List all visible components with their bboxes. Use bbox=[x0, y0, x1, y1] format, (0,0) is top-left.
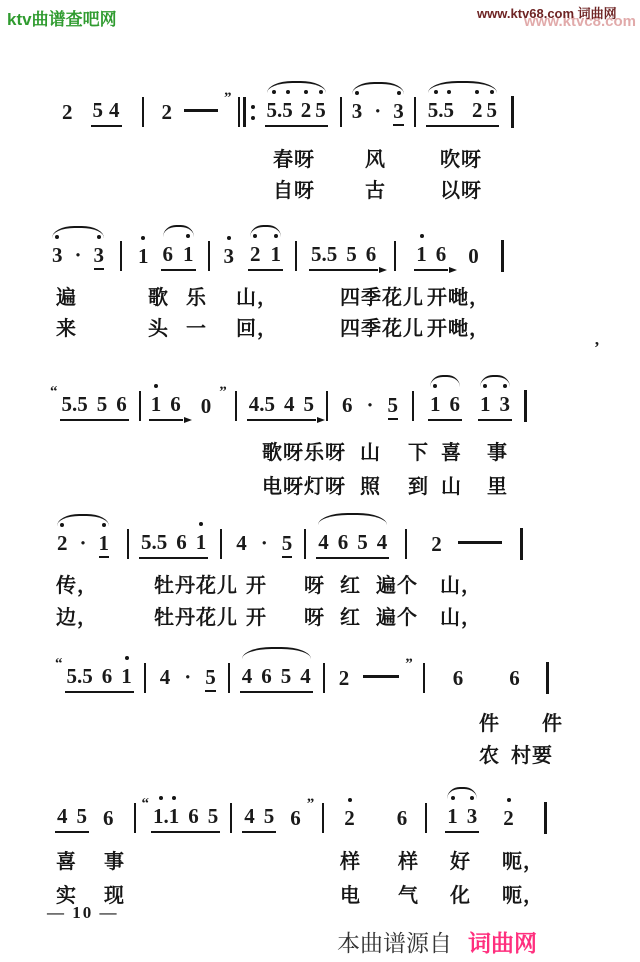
note-group: 0 bbox=[199, 394, 214, 418]
lyric-syllable: 来 bbox=[56, 312, 77, 341]
note: · bbox=[367, 393, 374, 417]
note: 5 bbox=[444, 98, 455, 122]
note: 2 bbox=[431, 532, 442, 556]
barline bbox=[414, 97, 416, 127]
repeat-barline bbox=[238, 97, 241, 127]
note-group: 21 bbox=[248, 242, 283, 271]
repeat-quote-mark: ” bbox=[307, 796, 315, 813]
note-digit: 5 bbox=[77, 392, 88, 416]
note-group: 6 bbox=[288, 806, 303, 830]
lyric-syllable: 开哋， bbox=[427, 312, 490, 341]
note: 6 bbox=[188, 804, 199, 828]
note: 2 bbox=[57, 531, 68, 555]
note-digit: 3 bbox=[52, 243, 63, 267]
barline bbox=[220, 529, 222, 559]
note: 3 bbox=[500, 392, 511, 416]
barline bbox=[304, 529, 306, 559]
note-digit: 3 bbox=[224, 244, 235, 268]
note-group: 54 bbox=[91, 98, 122, 127]
lyric-syllable: 自呀 bbox=[273, 174, 315, 203]
note: 1 bbox=[169, 804, 180, 828]
note-digit: 1. bbox=[153, 804, 169, 828]
lyric-syllable: 红 bbox=[340, 569, 361, 598]
lyric-syllable: 开 bbox=[246, 601, 267, 630]
octave-dot bbox=[507, 798, 511, 802]
note-group: 5.525 bbox=[265, 98, 328, 127]
note: 4 bbox=[244, 804, 255, 828]
notation-line: “5.556160”4.5456·51613 bbox=[50, 386, 527, 426]
note-digit: · bbox=[80, 531, 87, 555]
note: 5 bbox=[157, 530, 168, 554]
octave-dot bbox=[433, 384, 437, 388]
note: 5 bbox=[315, 98, 326, 122]
note: 4. bbox=[249, 392, 265, 416]
note-group: 4·5 bbox=[234, 531, 294, 558]
octave-dot bbox=[97, 235, 101, 239]
glissando-arrow bbox=[449, 267, 457, 273]
note: 5. bbox=[311, 242, 327, 266]
lyric-syllable: 四季花儿 bbox=[340, 312, 424, 341]
note-digit: 4 bbox=[57, 804, 68, 828]
note-group: 4·5 bbox=[158, 665, 218, 692]
note: 5 bbox=[93, 98, 104, 122]
note: 5 bbox=[265, 392, 276, 416]
note-group: 3·3 bbox=[50, 243, 106, 270]
barline bbox=[546, 662, 549, 694]
lyric-syllable: 呃， bbox=[502, 845, 544, 874]
note: 6 bbox=[103, 806, 114, 830]
note-digit: 5 bbox=[282, 531, 293, 555]
note: 1 bbox=[447, 804, 458, 828]
lyric-syllable: 件 bbox=[542, 707, 563, 736]
lyric-syllable: 喜 bbox=[56, 845, 77, 874]
note-digit: 4 bbox=[284, 392, 295, 416]
note-digit: 5 bbox=[357, 530, 368, 554]
note: 6 bbox=[436, 242, 447, 266]
note-digit: 5. bbox=[311, 242, 327, 266]
note: 6 bbox=[342, 393, 353, 417]
lyric-syllable: 呃， bbox=[502, 879, 544, 908]
note-group: 0 bbox=[466, 244, 481, 268]
page-number: — 10 — bbox=[47, 903, 119, 923]
note-digit: 5 bbox=[281, 664, 292, 688]
barline bbox=[511, 96, 514, 128]
repeat-quote-mark: ” bbox=[219, 384, 227, 401]
octave-dot bbox=[397, 91, 401, 95]
lyric-syllable: 样 bbox=[398, 845, 419, 874]
octave-dot bbox=[159, 796, 163, 800]
note: 4 bbox=[284, 392, 295, 416]
lyric-syllable: 遍个 bbox=[376, 601, 418, 630]
barline bbox=[228, 663, 230, 693]
note-digit: 6 bbox=[342, 393, 353, 417]
lyric-syllable: 照 bbox=[360, 470, 381, 499]
note-group: 5.561 bbox=[139, 530, 208, 559]
lyric-syllable: 四季花儿 bbox=[340, 281, 424, 310]
music-notation-area: 2542”5.5253·35.525春呀风吹呀自呀古以呀3·31613215.5… bbox=[0, 0, 640, 962]
notation-line: 456“1.165456”26132 bbox=[55, 798, 547, 838]
note: 4 bbox=[109, 98, 120, 122]
note-digit: 4 bbox=[377, 530, 388, 554]
note-digit: 3 bbox=[352, 99, 363, 123]
note-digit: 4 bbox=[109, 98, 120, 122]
octave-dot bbox=[272, 90, 276, 94]
note-digit: 5 bbox=[315, 98, 326, 122]
note: 5 bbox=[282, 531, 293, 558]
slur-arc bbox=[242, 647, 311, 659]
note-group: 6 bbox=[507, 666, 522, 690]
note-digit: 5 bbox=[93, 98, 104, 122]
note-digit: 2 bbox=[339, 666, 350, 690]
lyric-syllable: 边， bbox=[56, 601, 98, 630]
slur-arc bbox=[428, 81, 497, 93]
note-digit: 5 bbox=[82, 664, 93, 688]
note-group: 4654 bbox=[240, 664, 313, 693]
lyric-syllable: 风 bbox=[365, 143, 386, 172]
note: 4 bbox=[242, 664, 253, 688]
sustain-dash bbox=[184, 109, 218, 112]
octave-dot bbox=[470, 796, 474, 800]
note: 5. bbox=[67, 664, 83, 688]
lyric-syllable: 古 bbox=[365, 174, 386, 203]
note-digit: 6 bbox=[116, 392, 127, 416]
octave-dot bbox=[434, 90, 438, 94]
lyric-syllable: 歌呀乐呀 bbox=[262, 436, 346, 465]
note: 2 bbox=[472, 98, 483, 122]
repeat-start-sign bbox=[238, 97, 255, 127]
note-group: 5.556 bbox=[309, 242, 378, 271]
note: 4 bbox=[318, 530, 329, 554]
note: 3 bbox=[94, 243, 105, 270]
note: 6 bbox=[290, 806, 301, 830]
note: 4 bbox=[57, 804, 68, 828]
note-group: 2 bbox=[337, 666, 352, 690]
barline bbox=[394, 241, 396, 271]
octave-dot bbox=[253, 234, 257, 238]
glissando-arrow bbox=[184, 417, 192, 423]
note: · bbox=[80, 531, 87, 555]
note-digit: 5 bbox=[487, 98, 498, 122]
lyric-syllable: 传， bbox=[56, 569, 98, 598]
note-digit: 2 bbox=[431, 532, 442, 556]
lyric-syllable: 事 bbox=[487, 436, 508, 465]
note: 1 bbox=[196, 530, 207, 554]
note-digit: 5. bbox=[62, 392, 78, 416]
note-digit: 3 bbox=[94, 243, 105, 267]
lyric-syllable: 好 bbox=[450, 845, 471, 874]
note: 1 bbox=[151, 392, 162, 416]
note: 6 bbox=[102, 664, 113, 688]
note-digit: 1 bbox=[151, 392, 162, 416]
octave-dot bbox=[141, 236, 145, 240]
barline bbox=[412, 391, 414, 421]
note: 5 bbox=[77, 392, 88, 416]
note-digit: 2 bbox=[472, 98, 483, 122]
note: 5 bbox=[357, 530, 368, 554]
lyric-syllable: 到 bbox=[408, 470, 429, 499]
barline bbox=[144, 663, 146, 693]
note-digit: 5. bbox=[141, 530, 157, 554]
octave-dot bbox=[420, 234, 424, 238]
breath-mark: ’ bbox=[594, 338, 600, 358]
lyric-syllable: 气 bbox=[398, 879, 419, 908]
lyric-syllable: 头 bbox=[148, 312, 169, 341]
note: 5 bbox=[97, 392, 108, 416]
note-group: 5.561 bbox=[65, 664, 134, 693]
note-digit: 5 bbox=[97, 392, 108, 416]
lyric-syllable: 农 bbox=[479, 739, 500, 768]
octave-dot bbox=[172, 796, 176, 800]
note: 3 bbox=[224, 244, 235, 268]
note: 5 bbox=[282, 98, 293, 122]
note-group: 61 bbox=[161, 242, 196, 271]
octave-dot bbox=[60, 523, 64, 527]
repeat-quote-mark: “ bbox=[55, 656, 63, 673]
lyric-syllable: 春呀 bbox=[273, 143, 315, 172]
barline bbox=[134, 803, 136, 833]
note-digit: 1 bbox=[196, 530, 207, 554]
note-digit: 6 bbox=[188, 804, 199, 828]
note-group: 45 bbox=[55, 804, 89, 833]
note-digit: 5 bbox=[327, 242, 338, 266]
note: · bbox=[75, 243, 82, 267]
note-digit: 5 bbox=[264, 804, 275, 828]
note-digit: 3 bbox=[393, 99, 404, 123]
barline bbox=[501, 240, 504, 272]
note-digit: 1 bbox=[99, 531, 110, 555]
note: 5 bbox=[205, 665, 216, 692]
note-group: 4.545 bbox=[247, 392, 316, 421]
note: 2 bbox=[62, 100, 73, 124]
barline bbox=[127, 529, 129, 559]
note: 1 bbox=[430, 392, 441, 416]
note-group: 2 bbox=[60, 100, 75, 124]
lyric-syllable: 山， bbox=[440, 601, 482, 630]
note-group: 2·1 bbox=[55, 531, 111, 558]
note-digit: 5 bbox=[388, 393, 399, 417]
note-digit: 2 bbox=[344, 806, 355, 830]
repeat-barline bbox=[243, 97, 246, 127]
note-digit: 4 bbox=[236, 531, 247, 555]
note: 6 bbox=[509, 666, 520, 690]
note: 6 bbox=[116, 392, 127, 416]
note: 2 bbox=[162, 100, 173, 124]
octave-dot bbox=[304, 90, 308, 94]
note-group: 6·5 bbox=[340, 393, 400, 420]
note: 1 bbox=[99, 531, 110, 558]
note-group: 45 bbox=[242, 804, 276, 833]
note-digit: 1 bbox=[121, 664, 132, 688]
barline bbox=[323, 663, 325, 693]
notation-line: 2542”5.5253·35.525 bbox=[60, 92, 514, 132]
note-digit: 2 bbox=[503, 806, 514, 830]
octave-dot bbox=[348, 798, 352, 802]
note-group: 16 bbox=[149, 392, 183, 421]
note-group: 13 bbox=[478, 392, 512, 421]
note: 3 bbox=[52, 243, 63, 267]
note-group: 3·3 bbox=[350, 99, 406, 126]
note-digit: 2 bbox=[57, 531, 68, 555]
note-digit: 2 bbox=[162, 100, 173, 124]
note-digit: · bbox=[75, 243, 82, 267]
octave-dot bbox=[451, 796, 455, 800]
lyric-syllable: 下 bbox=[408, 436, 429, 465]
note-digit: 6 bbox=[102, 664, 113, 688]
lyric-syllable: 山， bbox=[236, 281, 278, 310]
repeat-quote-mark: “ bbox=[50, 384, 58, 401]
note-digit: 4 bbox=[300, 664, 311, 688]
note: 4 bbox=[377, 530, 388, 554]
note: 5 bbox=[208, 804, 219, 828]
note-digit: 1 bbox=[430, 392, 441, 416]
note-digit: 1 bbox=[416, 242, 427, 266]
note: 1 bbox=[416, 242, 427, 266]
lyric-syllable: 牡丹花儿 bbox=[154, 569, 238, 598]
lyric-syllable: 山， bbox=[440, 569, 482, 598]
note: 1. bbox=[153, 804, 169, 828]
octave-dot bbox=[102, 523, 106, 527]
repeat-quote-mark: ” bbox=[224, 90, 232, 107]
note: 2 bbox=[503, 806, 514, 830]
lyric-syllable: 电呀灯呀 bbox=[262, 470, 346, 499]
note: 5. bbox=[428, 98, 444, 122]
note-digit: 1 bbox=[271, 242, 282, 266]
barline bbox=[142, 97, 144, 127]
note: 1 bbox=[183, 242, 194, 266]
note: · bbox=[374, 99, 381, 123]
note: 3 bbox=[393, 99, 404, 126]
note-digit: 5 bbox=[304, 392, 315, 416]
note-group: 6 bbox=[101, 806, 116, 830]
note-digit: 3 bbox=[467, 804, 478, 828]
repeat-quote-mark: ” bbox=[405, 656, 413, 673]
note-digit: 1 bbox=[447, 804, 458, 828]
attribution-prefix: 本曲谱源自 bbox=[337, 930, 452, 956]
note-digit: 0 bbox=[201, 394, 212, 418]
note-group: 2 bbox=[429, 532, 444, 556]
note-digit: 1 bbox=[169, 804, 180, 828]
barline bbox=[326, 391, 328, 421]
note-digit: 4. bbox=[249, 392, 265, 416]
note: 0 bbox=[201, 394, 212, 418]
note: 2 bbox=[301, 98, 312, 122]
lyric-syllable: 以呀 bbox=[440, 174, 482, 203]
note-digit: · bbox=[261, 531, 268, 555]
note: 5 bbox=[281, 664, 292, 688]
note-digit: · bbox=[184, 665, 191, 689]
note: 5 bbox=[327, 242, 338, 266]
octave-dot bbox=[355, 91, 359, 95]
sustain-dash bbox=[458, 541, 502, 544]
lyric-syllable: 呀 bbox=[304, 601, 325, 630]
lyric-syllable: 开哋， bbox=[427, 281, 490, 310]
lyric-syllable: 山 bbox=[441, 470, 462, 499]
barline bbox=[524, 390, 527, 422]
note: 6 bbox=[170, 392, 181, 416]
lyric-syllable: 事 bbox=[104, 845, 125, 874]
note: 5 bbox=[388, 393, 399, 420]
octave-dot bbox=[503, 384, 507, 388]
note: 2 bbox=[339, 666, 350, 690]
note-digit: 6 bbox=[176, 530, 187, 554]
note-group: 5.556 bbox=[60, 392, 129, 421]
barline bbox=[322, 803, 324, 833]
lyric-syllable: 化 bbox=[450, 879, 471, 908]
note-digit: 4 bbox=[318, 530, 329, 554]
note-digit: 6 bbox=[163, 242, 174, 266]
lyric-syllable: 喜 bbox=[441, 436, 462, 465]
note: 5. bbox=[141, 530, 157, 554]
note-digit: · bbox=[367, 393, 374, 417]
note-digit: 1 bbox=[183, 242, 194, 266]
note: 5 bbox=[77, 804, 88, 828]
note-digit: 1 bbox=[138, 244, 149, 268]
repeat-dots bbox=[251, 105, 255, 120]
note: 3 bbox=[352, 99, 363, 123]
note-digit: 6 bbox=[366, 242, 377, 266]
note: 6 bbox=[176, 530, 187, 554]
note-digit: 5 bbox=[77, 804, 88, 828]
note: 4 bbox=[160, 665, 171, 689]
octave-dot bbox=[286, 90, 290, 94]
octave-dot bbox=[490, 90, 494, 94]
repeat-quote-mark: “ bbox=[142, 796, 150, 813]
note-digit: 6 bbox=[436, 242, 447, 266]
note-digit: 2 bbox=[62, 100, 73, 124]
note-digit: 6 bbox=[338, 530, 349, 554]
notation-line: “5.5614·546542”66 bbox=[55, 658, 549, 698]
note: 6 bbox=[338, 530, 349, 554]
lyric-syllable: 件 bbox=[479, 707, 500, 736]
note: 2 bbox=[344, 806, 355, 830]
barline bbox=[230, 803, 232, 833]
barline bbox=[405, 529, 407, 559]
octave-dot bbox=[55, 235, 59, 239]
barline bbox=[235, 391, 237, 421]
octave-dot bbox=[227, 236, 231, 240]
note-digit: 1 bbox=[480, 392, 491, 416]
note-digit: 2 bbox=[301, 98, 312, 122]
note: 5 bbox=[304, 392, 315, 416]
note: 5 bbox=[264, 804, 275, 828]
lyric-syllable: 乐 bbox=[186, 281, 207, 310]
note-group: 4654 bbox=[316, 530, 389, 559]
attribution-site-name: 词曲网 bbox=[468, 930, 537, 956]
note-digit: 5. bbox=[67, 664, 83, 688]
note: 4 bbox=[236, 531, 247, 555]
note-digit: 5 bbox=[282, 98, 293, 122]
octave-dot bbox=[186, 234, 190, 238]
barline bbox=[295, 241, 297, 271]
octave-dot bbox=[319, 90, 323, 94]
glissando-arrow bbox=[317, 417, 325, 423]
note: 0 bbox=[468, 244, 479, 268]
sustain-dash bbox=[363, 675, 399, 678]
lyric-syllable: 牡丹花儿 bbox=[154, 601, 238, 630]
octave-dot bbox=[447, 90, 451, 94]
octave-dot bbox=[154, 384, 158, 388]
note: 5. bbox=[267, 98, 283, 122]
barline bbox=[425, 803, 427, 833]
source-attribution: 本曲谱源自词曲网 bbox=[337, 925, 537, 958]
slur-arc bbox=[318, 513, 387, 525]
lyric-syllable: 电 bbox=[340, 879, 361, 908]
barline bbox=[120, 241, 122, 271]
note: 1 bbox=[271, 242, 282, 266]
note-group: 1 bbox=[136, 244, 151, 268]
note-digit: · bbox=[374, 99, 381, 123]
note-group: 13 bbox=[445, 804, 479, 833]
